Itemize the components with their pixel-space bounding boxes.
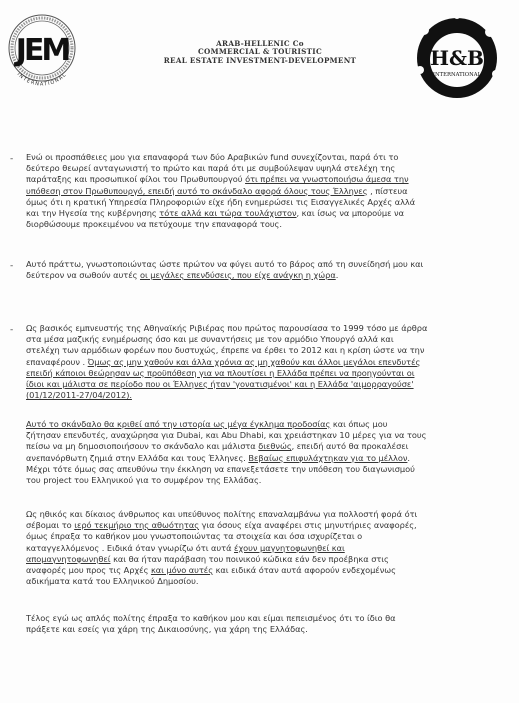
text-line: ζήτησαν επενδυτές, αναχώρησα για Dubai, …: [26, 430, 446, 441]
text-line: και την Ηγεσία της κυβέρνησης τότε αλλά …: [26, 208, 446, 219]
jem-international-logo-icon: JEM INTERNATIONAL: [4, 12, 80, 94]
text-line: Ως ηθικός και δίκαιος άνθρωπος και υπεύθ…: [26, 509, 446, 520]
text-line: (01/12/2011-27/04/2012).: [26, 390, 446, 401]
paragraph-3: Ως βασικός εμπνευστής της Αθηναϊκής Ριβι…: [26, 323, 446, 401]
bullet-marker: -: [10, 261, 13, 271]
text-line: Τέλος εγώ ως απλός πολίτης έπραξα το καθ…: [26, 613, 446, 624]
svg-text:INTERNATIONAL: INTERNATIONAL: [16, 72, 68, 88]
text-line: πράξετε και εσείς για χάρη της Δικαιοσύν…: [26, 624, 446, 635]
underlined-text: (01/12/2011-27/04/2012).: [26, 390, 132, 400]
paragraph-4: Αυτό το σκάνδαλο θα κριθεί από την ιστορ…: [26, 419, 446, 486]
underlined-text: οι μεγάλες επενδύσεις, που είχε ανάγκη η…: [140, 270, 336, 280]
underlined-text: επειδή κάποιοι θεώρησαν ως προϋπόθεση γι…: [26, 368, 414, 378]
text-line: υπόθεση στον Πρωθυπουργό, επειδή αυτό το…: [26, 186, 446, 197]
company-letterhead: ARAB-HELLENIC Co COMMERCIAL & TOURISTIC …: [130, 40, 390, 65]
text-line: απομαγνητοφωνηθεί και θα ήταν παράβαση τ…: [26, 554, 446, 565]
underlined-text: ότι πρέπει να γνωστοποιήσω άμεσα την: [245, 174, 408, 184]
text-line: αναφορές μου προς τις Αρχές και μόνο αυτ…: [26, 565, 446, 576]
paragraph-1: Ενώ οι προσπάθειες μου για επαναφορά των…: [26, 152, 446, 230]
text-line: όμως ότι η κρατική Υπηρεσία Πληροφοριών …: [26, 197, 446, 208]
text-line: στελέχη των αρμόδιων φορέων που δυστυχώς…: [26, 345, 446, 356]
underlined-text: ιερό τεκμήριο της αθωότητας: [74, 520, 199, 530]
document-page: JEM INTERNATIONAL ARAB-HELLENIC Co COMME…: [0, 0, 519, 703]
text-line: διορθώσουμε προκειμένου να πετύχουμε την…: [26, 219, 446, 230]
svg-text:INTERNATIONAL: INTERNATIONAL: [433, 72, 482, 78]
text-line: ίδιοι και μάλιστα σε περίοδο που οι Έλλη…: [26, 379, 446, 390]
underlined-text: υπόθεση στον Πρωθυπουργό, επειδή αυτό το…: [26, 186, 368, 196]
text-line: Αυτό το σκάνδαλο θα κριθεί από την ιστορ…: [26, 419, 446, 430]
paragraph-5: Ως ηθικός και δίκαιος άνθρωπος και υπεύθ…: [26, 509, 446, 587]
text-line: δεύτερο θεωρεί ανταγωνιστή το πρώτο και …: [26, 163, 446, 174]
underlined-text: Βεβαίως επιφυλάχτηκαν για το μέλλον: [248, 453, 407, 463]
text-line: του project του Ελληνικού για το συμφέρο…: [26, 475, 446, 486]
company-line: REAL ESTATE INVESTMENT-DEVELOPMENT: [130, 57, 390, 65]
text-line: δεύτερον να σωθούν αυτές οι μεγάλες επεν…: [26, 270, 446, 281]
underlined-text: έχουν μαγνητοφωνηθεί και: [234, 543, 345, 553]
text-line: ανεπανόρθωτη ζημιά στην Ελλάδα και τους …: [26, 453, 446, 464]
text-line: καταγγελλόμενος . Ειδικά όταν γνωρίζω ότ…: [26, 543, 446, 554]
text-line: επαναφέρουν . Όμως ας μην χαθούν και άλλ…: [26, 357, 446, 368]
paragraph-2: Αυτό πράττω, γνωστοποιώντας ώστε πρώτον …: [26, 259, 446, 281]
text-line: αδικήματα κατά του Ελληνικού Δημοσίου.: [26, 576, 446, 587]
text-line: παράταξης και προσωπικοί φίλοι του Πρωθυ…: [26, 174, 446, 185]
hb-international-logo-icon: H&B INTERNATIONAL: [412, 10, 502, 102]
text-line: Αυτό πράττω, γνωστοποιώντας ώστε πρώτον …: [26, 259, 446, 270]
underlined-text: Όμως ας μην χαθούν και άλλα χρόνια ας μη…: [88, 357, 421, 367]
text-line: Ενώ οι προσπάθειες μου για επαναφορά των…: [26, 152, 446, 163]
underlined-text: Αυτό το σκάνδαλο θα κριθεί από την ιστορ…: [26, 419, 330, 429]
underlined-text: τότε αλλά και τώρα τουλάχιστον: [159, 208, 296, 218]
paragraph-6: Τέλος εγώ ως απλός πολίτης έπραξα το καθ…: [26, 613, 446, 635]
text-line: επειδή κάποιοι θεώρησαν ως προϋπόθεση γι…: [26, 368, 446, 379]
svg-text:JEM: JEM: [14, 33, 70, 68]
underlined-text: και μόνο αυτές: [151, 565, 213, 575]
text-line: στα μέσα μαζικής ενημέρωσης όσο και με σ…: [26, 334, 446, 345]
text-line: Ως βασικός εμπνευστής της Αθηναϊκής Ριβι…: [26, 323, 446, 334]
bullet-marker: -: [10, 325, 13, 335]
underlined-text: ίδιοι και μάλιστα σε περίοδο που οι Έλλη…: [26, 379, 414, 389]
text-line: όμως έπραξα το καθήκον μου γνωστοποιώντα…: [26, 531, 446, 542]
text-line: σέβομαι το ιερό τεκμήριο της αθωότητας γ…: [26, 520, 446, 531]
underlined-text: διεθνώς: [258, 441, 291, 451]
text-line: πείσω να μη δημοσιοποιήσουν το σκάνδαλο …: [26, 441, 446, 452]
svg-text:H&B: H&B: [430, 46, 484, 70]
text-line: Μέχρι τότε όμως σας απευθύνω την έκκληση…: [26, 464, 446, 475]
underlined-text: απομαγνητοφωνηθεί: [26, 554, 111, 564]
bullet-marker: -: [10, 154, 13, 164]
